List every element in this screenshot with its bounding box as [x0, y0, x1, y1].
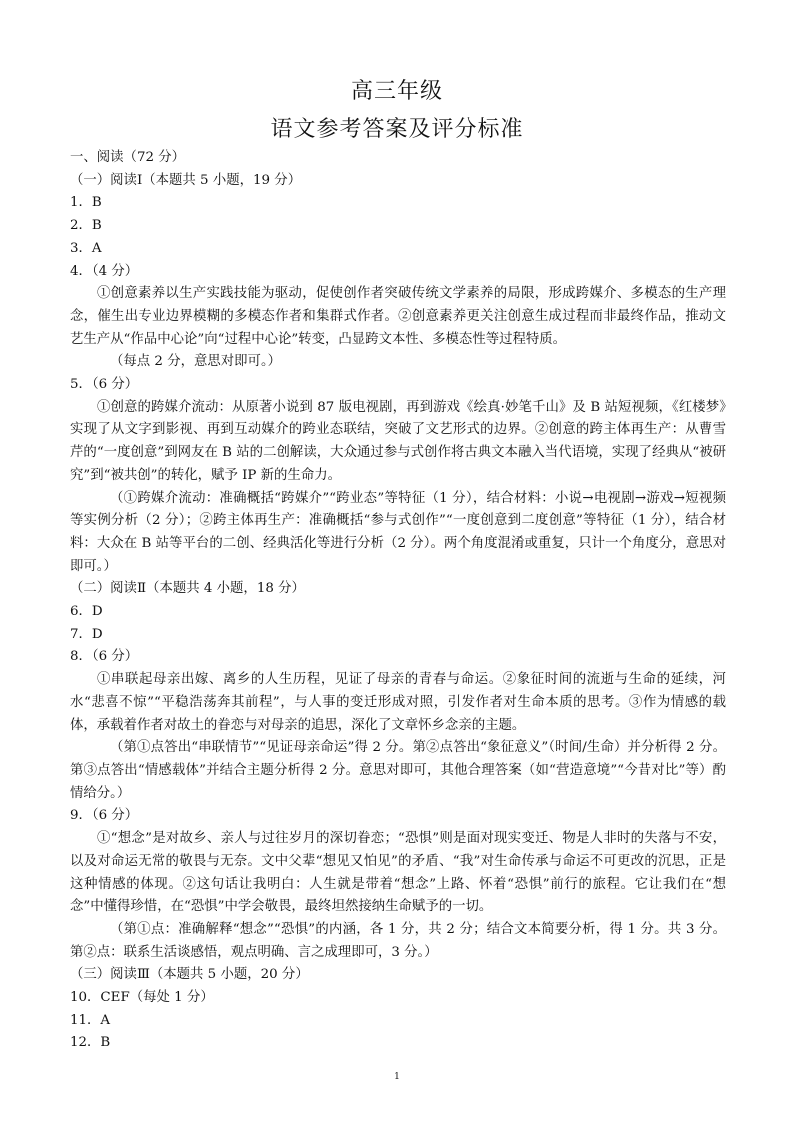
answer-q1: 1．B — [70, 192, 726, 215]
answer-text-q9: ①“想念”是对故乡、亲人与过往岁月的深切眷恋；“恐惧”则是面对现实变迁、物是人非… — [70, 828, 726, 919]
scoring-note-q9: （第①点：准确解释“想念”“恐惧”的内涵，各 1 分，共 2 分；结合文本简要分… — [70, 919, 726, 964]
scoring-note-q8: （第①点答出“串联情节”“见证母亲命运”得 2 分。第②点答出“象征意义”（时间… — [70, 737, 726, 805]
part2-heading: （二）阅读Ⅱ（本题共 4 小题，18 分） — [70, 578, 726, 601]
answer-q7: 7．D — [70, 624, 726, 647]
page-number: 1 — [0, 1072, 794, 1082]
scoring-note-q4: （每点 2 分，意思对即可。） — [70, 351, 726, 374]
answer-q2: 2．B — [70, 215, 726, 238]
answer-q6: 6．D — [70, 601, 726, 624]
answer-text-q4: ①创意素养以生产实践技能为驱动，促使创作者突破传统文学素养的局限，形成跨媒介、多… — [70, 283, 726, 351]
question-label-q5: 5．（6 分） — [70, 374, 726, 397]
question-label-q4: 4．（4 分） — [70, 261, 726, 284]
part1-heading: （一）阅读Ⅰ（本题共 5 小题，19 分） — [70, 170, 726, 193]
document-body: 一、阅读（72 分） （一）阅读Ⅰ（本题共 5 小题，19 分） 1．B 2．B… — [70, 147, 726, 1055]
answer-q3: 3．A — [70, 238, 726, 261]
answer-q12: 12．B — [70, 1032, 726, 1055]
answer-text-q5: ①创意的跨媒介流动：从原著小说到 87 版电视剧，再到游戏《绘真·妙笔千山》及 … — [70, 397, 726, 488]
answer-key-page: 高三年级 语文参考答案及评分标准 一、阅读（72 分） （一）阅读Ⅰ（本题共 5… — [0, 0, 794, 1123]
question-label-q9: 9．（6 分） — [70, 805, 726, 828]
question-label-q8: 8．（6 分） — [70, 646, 726, 669]
answer-text-q8: ①串联起母亲出嫁、离乡的人生历程，见证了母亲的青春与命运。②象征时间的流逝与生命… — [70, 669, 726, 737]
scoring-note-q5: （①跨媒介流动：准确概括“跨媒介”“跨业态”等特征（1 分），结合材料：小说→电… — [70, 488, 726, 579]
answer-q11: 11．A — [70, 1010, 726, 1033]
document-title: 语文参考答案及评分标准 — [0, 112, 794, 143]
answer-q10: 10．CEF（每处 1 分） — [70, 987, 726, 1010]
section-heading-reading: 一、阅读（72 分） — [70, 147, 726, 170]
part3-heading: （三）阅读Ⅲ（本题共 5 小题，20 分） — [70, 964, 726, 987]
grade-title: 高三年级 — [0, 74, 794, 105]
